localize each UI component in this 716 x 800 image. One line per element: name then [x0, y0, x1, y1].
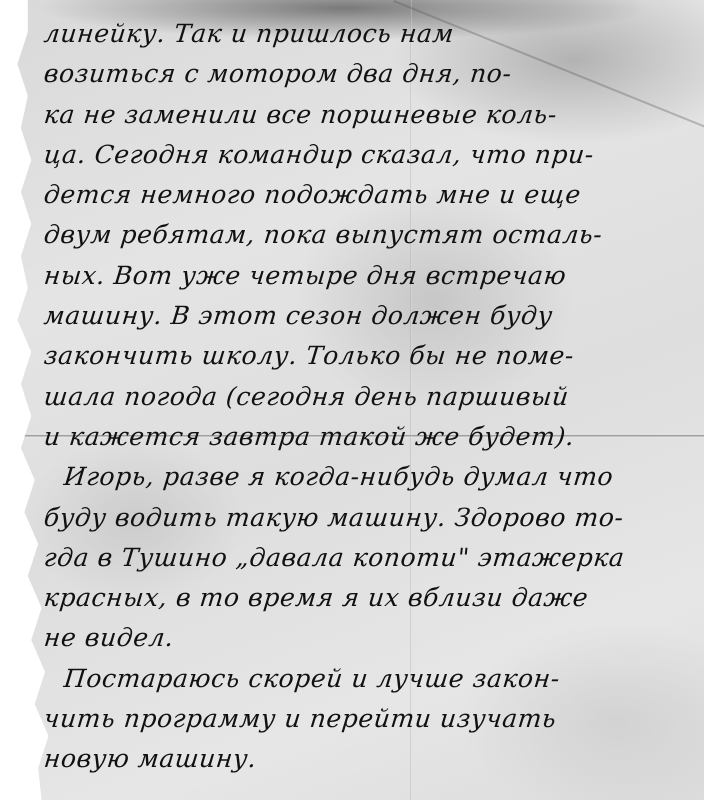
text-line: возиться с мотором два дня, по- — [42, 54, 706, 94]
text-line: двум ребятам, пока выпустят осталь- — [42, 215, 706, 255]
text-line: буду водить такую машину. Здорово то- — [42, 498, 706, 538]
text-line: Постараюсь скорей и лучше закон- — [42, 659, 706, 699]
text-line: машину. В этот сезон должен буду — [42, 296, 706, 336]
text-line: Игорь, разве я когда-нибудь думал что — [42, 457, 706, 497]
letter-paper: линейку. Так и пришлось нам возиться с м… — [14, 0, 704, 800]
text-line: ных. Вот уже четыре дня встречаю — [42, 256, 706, 296]
text-line: красных, в то время я их вблизи даже — [42, 578, 706, 618]
text-line: шала погода (сегодня день паршивый — [42, 377, 706, 417]
text-line: не видел. — [42, 618, 706, 658]
text-line: и кажется завтра такой же будет). — [42, 417, 706, 457]
text-line: ка не заменили все поршневые коль- — [42, 95, 706, 135]
text-line: дется немного подождать мне и еще — [42, 175, 706, 215]
text-line: закончить школу. Только бы не поме- — [42, 336, 706, 376]
text-line: линейку. Так и пришлось нам — [42, 14, 706, 54]
text-line: гда в Тушино „давала копоти" этажерка — [42, 538, 706, 578]
text-line: ца. Сегодня командир сказал, что при- — [42, 135, 706, 175]
text-line: чить программу и перейти изучать — [42, 699, 706, 739]
letter-text: линейку. Так и пришлось нам возиться с м… — [44, 14, 704, 780]
text-line: новую машину. — [42, 739, 706, 779]
